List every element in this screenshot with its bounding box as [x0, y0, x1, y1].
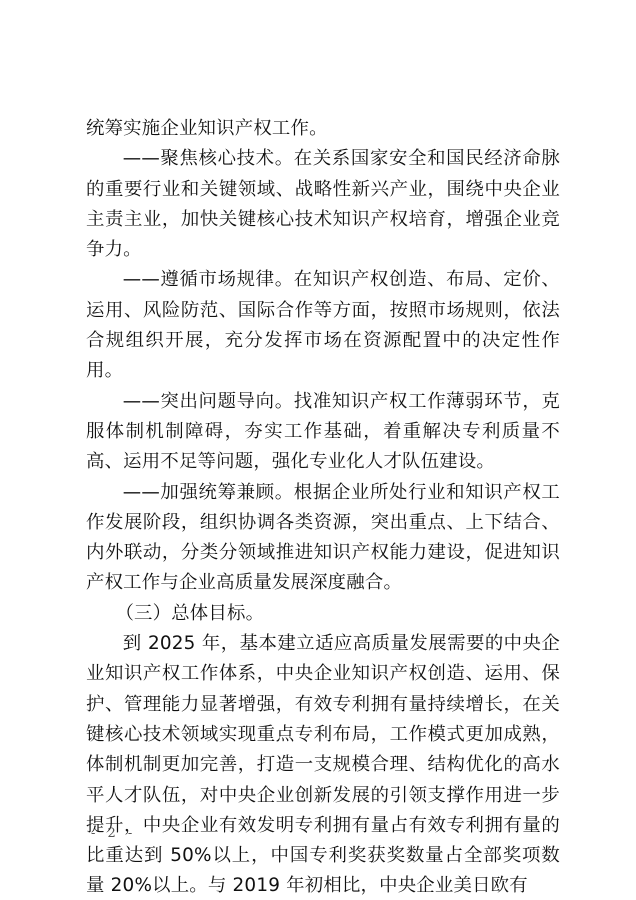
section-heading-overall-goals: （三）总体目标。 — [86, 599, 560, 629]
paragraph-principle-coordination: ——加强统筹兼顾。根据企业所处行业和知识产权工作发展阶段，组织协调各类资源，突出… — [86, 478, 560, 599]
paragraph-principle-core-technology: ——聚焦核心技术。在关系国家安全和国民经济命脉的重要行业和关键领域、战略性新兴产… — [86, 144, 560, 265]
paragraph-overall-goals: 到 2025 年，基本建立适应高质量发展需要的中央企业知识产权工作体系，中央企业… — [86, 629, 560, 900]
paragraph-continuation: 统筹实施企业知识产权工作。 — [86, 114, 560, 144]
page-number: - 2 - — [91, 826, 136, 841]
document-page: 统筹实施企业知识产权工作。 ——聚焦核心技术。在关系国家安全和国民经济命脉的重要… — [86, 114, 560, 900]
paragraph-principle-problem-orientation: ——突出问题导向。找准知识产权工作薄弱环节，克服体制机制障碍，夯实工作基础，着重… — [86, 387, 560, 478]
paragraph-principle-market-rules: ——遵循市场规律。在知识产权创造、布局、定价、运用、风险防范、国际合作等方面，按… — [86, 265, 560, 386]
